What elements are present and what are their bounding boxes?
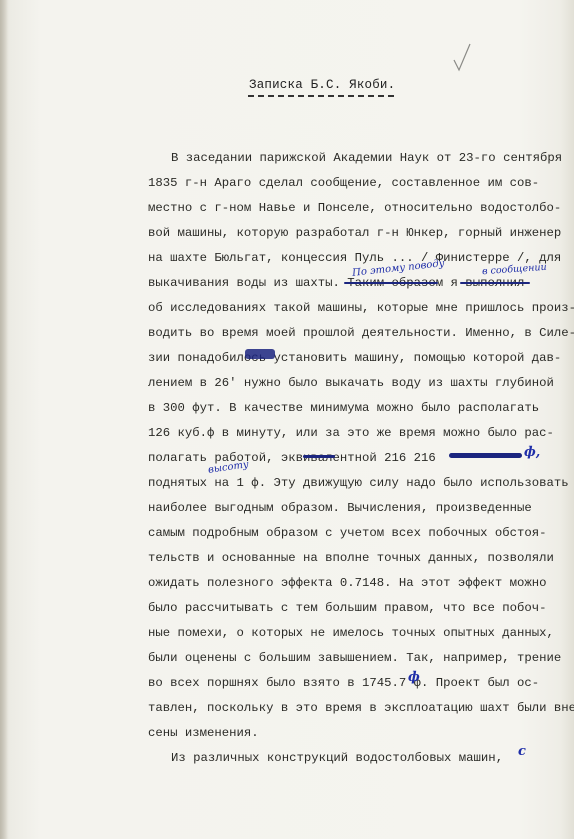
text-line: в 300 фут. В качестве минимума можно был… [148,400,539,416]
text-line: на шахте Бюльгат, концессия Пуль ... / Ф… [148,250,561,266]
text-line: тельств и основанные на вполне точных да… [148,550,554,566]
strikethrough-mark [449,453,522,458]
text-line: водить во время моей прошлой деятельност… [148,325,574,341]
title-underline [248,95,394,97]
text-line: лением в 26' нужно было выкачать воду из… [148,375,554,391]
text-line: Из различных конструкций водостолбовых м… [171,750,503,766]
text-line: 1835 г-н Араго сделал сообщение, составл… [148,175,539,191]
text-line: сены изменения. [148,725,259,741]
text-line: наиболее выгодным образом. Вычисления, п… [148,500,532,516]
text-line: поднятых на 1 ф. Эту движущую силу надо … [148,475,569,491]
text-line: полагать работой, эквивалентной 216 216 [148,450,436,466]
text-line: самым подробным образом с учетом всех по… [148,525,546,541]
text-line: ожидать полезного эффекта 0.7148. На это… [148,575,546,591]
check-mark-icon [452,42,472,72]
strikethrough-mark [303,455,335,458]
strikethrough-mark [460,282,530,284]
text-line: было рассчитывать с тем большим правом, … [148,600,546,616]
handwritten-mark: с [518,744,526,759]
document-title: Записка Б.С. Якоби. [249,78,395,92]
text-line: тавлен, поскольку в это время в эксплоат… [148,700,574,716]
text-line: ные помехи, о которых не имелось точных … [148,625,554,641]
text-line: были оценены с большим завышением. Так, … [148,650,561,666]
text-line: местно с г-ном Навье и Понселе, относите… [148,200,561,216]
text-line: вой машины, которую разработал г-н Юнкер… [148,225,561,241]
strikethrough-mark [344,282,438,284]
text-line: зии понадобилось установить машину, помо… [148,350,561,366]
text-line: об исследованиях такой машины, которые м… [148,300,574,316]
text-line: 126 куб.ф в минуту, или за это же время … [148,425,554,441]
handwritten-unit: ф [408,670,420,685]
scanned-document-page: Записка Б.С. Якоби. В заседании парижско… [0,0,574,839]
ink-correction [245,349,275,359]
handwritten-unit: ф, [524,445,540,460]
text-line: во всех поршнях было взято в 1745.7 ф. П… [148,675,539,691]
text-line: В заседании парижской Академии Наук от 2… [171,150,562,166]
